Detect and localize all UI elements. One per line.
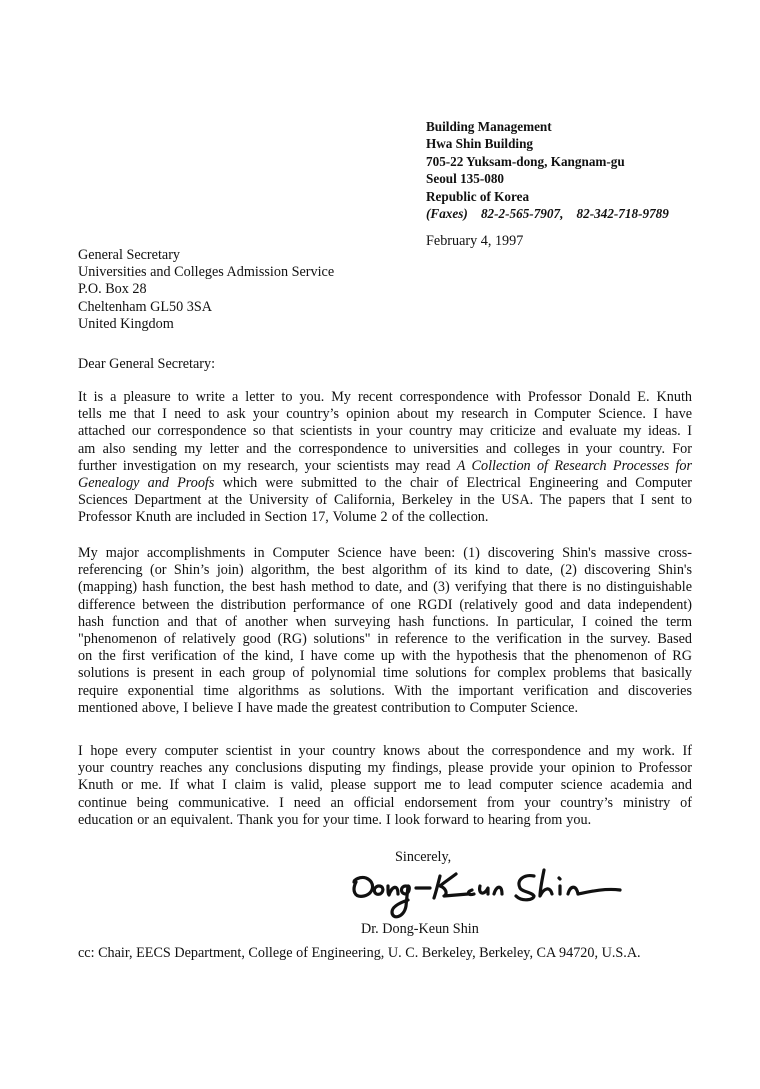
sender-line: Republic of Korea bbox=[426, 188, 726, 205]
fax-numbers: 82-2-565-7907, 82-342-718-9789 bbox=[481, 206, 669, 221]
sender-line: Hwa Shin Building bbox=[426, 135, 726, 152]
paragraph-line: hash function and that of another when s… bbox=[78, 614, 692, 631]
paragraph-accomplishments: My major accomplishments in Computer Sci… bbox=[78, 545, 692, 717]
recipient-line: United Kingdom bbox=[78, 316, 478, 333]
paragraph-line: your country reaches any conclusions dis… bbox=[78, 760, 692, 777]
paragraph-line: require exponential time algorithms as s… bbox=[78, 683, 692, 700]
paragraph-line: difference between the distribution perf… bbox=[78, 597, 692, 614]
paragraph-line: tells me that I need to ask your country… bbox=[78, 406, 692, 423]
paragraph-line: am also sending my letter and the corres… bbox=[78, 441, 692, 458]
paragraph-line: It is a pleasure to write a letter to yo… bbox=[78, 389, 692, 406]
paragraph-line: (mapping) hash function, the best hash m… bbox=[78, 579, 692, 596]
fax-label: (Faxes) bbox=[426, 206, 468, 221]
carbon-copy-line: cc: Chair, EECS Department, College of E… bbox=[78, 944, 698, 962]
recipient-line: P.O. Box 28 bbox=[78, 281, 478, 298]
paragraph-line: Sciences Department at the University of… bbox=[78, 492, 692, 509]
recipient-line: General Secretary bbox=[78, 247, 478, 264]
line-text: which were submitted to the chair of Ele… bbox=[214, 475, 692, 491]
paragraph-line: Genealogy and Proofs which were submitte… bbox=[78, 475, 692, 492]
paragraph-line: attached our correspondence so that scie… bbox=[78, 423, 692, 440]
paragraph-line: solutions is present in each group of po… bbox=[78, 665, 692, 682]
paragraph-line: I hope every computer scientist in your … bbox=[78, 743, 692, 760]
fax-line: (Faxes) 82-2-565-7907, 82-342-718-9789 bbox=[426, 205, 726, 222]
salutation: Dear General Secretary: bbox=[78, 355, 215, 373]
typed-signer-name: Dr. Dong-Keun Shin bbox=[361, 920, 479, 938]
collection-title-part2: Genealogy and Proofs bbox=[78, 475, 214, 491]
paragraph-line: continue being communicative. I need an … bbox=[78, 795, 692, 812]
paragraph-line: My major accomplishments in Computer Sci… bbox=[78, 545, 692, 562]
sender-line: Building Management bbox=[426, 118, 726, 135]
paragraph-line: mentioned above, I believe I have made t… bbox=[78, 700, 692, 717]
paragraph-line: on the first verification of the kind, I… bbox=[78, 648, 692, 665]
paragraph-line: referencing (or Shin’s join) algorithm, … bbox=[78, 562, 692, 579]
sender-line: Seoul 135-080 bbox=[426, 170, 726, 187]
line-text: further investigation on my research, yo… bbox=[78, 458, 457, 474]
paragraph-line: Knuth or me. If what I claim is valid, p… bbox=[78, 777, 692, 794]
paragraph-line: Professor Knuth are included in Section … bbox=[78, 509, 692, 526]
paragraph-line: further investigation on my research, yo… bbox=[78, 458, 692, 475]
sender-line: 705-22 Yuksam-dong, Kangnam-gu bbox=[426, 153, 726, 170]
recipient-address-block: General Secretary Universities and Colle… bbox=[78, 247, 478, 333]
collection-title-part1: A Collection of Research Processes for bbox=[457, 458, 692, 474]
paragraph-introduction: It is a pleasure to write a letter to yo… bbox=[78, 389, 692, 527]
paragraph-line: "phenomenon of relatively good (RG) solu… bbox=[78, 631, 692, 648]
paragraph-request: I hope every computer scientist in your … bbox=[78, 743, 692, 829]
paragraph-line: education or an equivalent. Thank you fo… bbox=[78, 812, 692, 829]
handwritten-signature bbox=[348, 862, 628, 924]
recipient-line: Universities and Colleges Admission Serv… bbox=[78, 264, 478, 281]
sender-address-block: Building Management Hwa Shin Building 70… bbox=[426, 118, 726, 222]
recipient-line: Cheltenham GL50 3SA bbox=[78, 299, 478, 316]
